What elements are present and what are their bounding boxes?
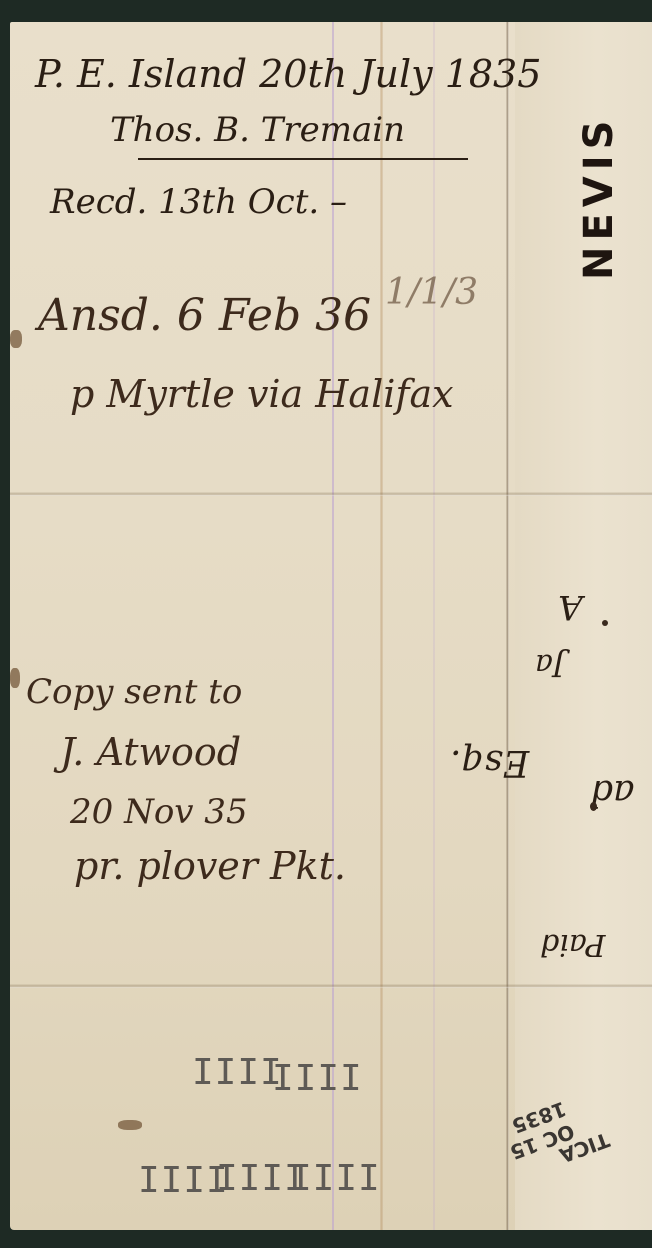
copy-sent-note: Copy sent to (26, 672, 242, 712)
tally-mark: IIII (272, 1058, 363, 1099)
stain (10, 668, 20, 688)
answered-note: Ansd. 6 Feb 36 (38, 290, 371, 341)
address-fragment: Esq. (450, 742, 529, 783)
received-note: Recd. 13th Oct. – (50, 182, 347, 222)
tally-mark: IIII (192, 1052, 283, 1093)
postmark-date: OC 15 1835 (458, 1097, 578, 1180)
fold-vertical (380, 22, 383, 1230)
tally-mark: IIII (290, 1158, 381, 1199)
stain (118, 1120, 142, 1130)
ink-blot (602, 620, 608, 626)
letter-sheet: P. E. Island 20th July 1835 Thos. B. Tre… (10, 22, 652, 1230)
address-fragment: Ja (535, 647, 565, 682)
ink-blot (590, 802, 597, 811)
address-fragment: A (558, 587, 583, 627)
ruled-line (433, 22, 435, 1230)
docket-place-date: P. E. Island 20th July 1835 (35, 52, 541, 96)
fold-horizontal (10, 984, 652, 988)
stain (10, 330, 22, 348)
rate-marking: 1/1/3 (385, 272, 478, 313)
copy-sent-recipient: J. Atwood (60, 730, 241, 774)
answered-via-note: p Myrtle via Halifax (70, 372, 454, 416)
paid-marking: Paid (540, 927, 606, 962)
nevis-handstamp: NEVIS (576, 115, 622, 280)
heading-underline (138, 158, 468, 160)
fold-vertical (506, 22, 509, 1230)
docket-sender-name: Thos. B. Tremain (110, 110, 405, 150)
copy-sent-date: 20 Nov 35 (70, 792, 248, 832)
fold-horizontal (10, 492, 652, 496)
copy-sent-vessel: pr. plover Pkt. (74, 844, 346, 888)
